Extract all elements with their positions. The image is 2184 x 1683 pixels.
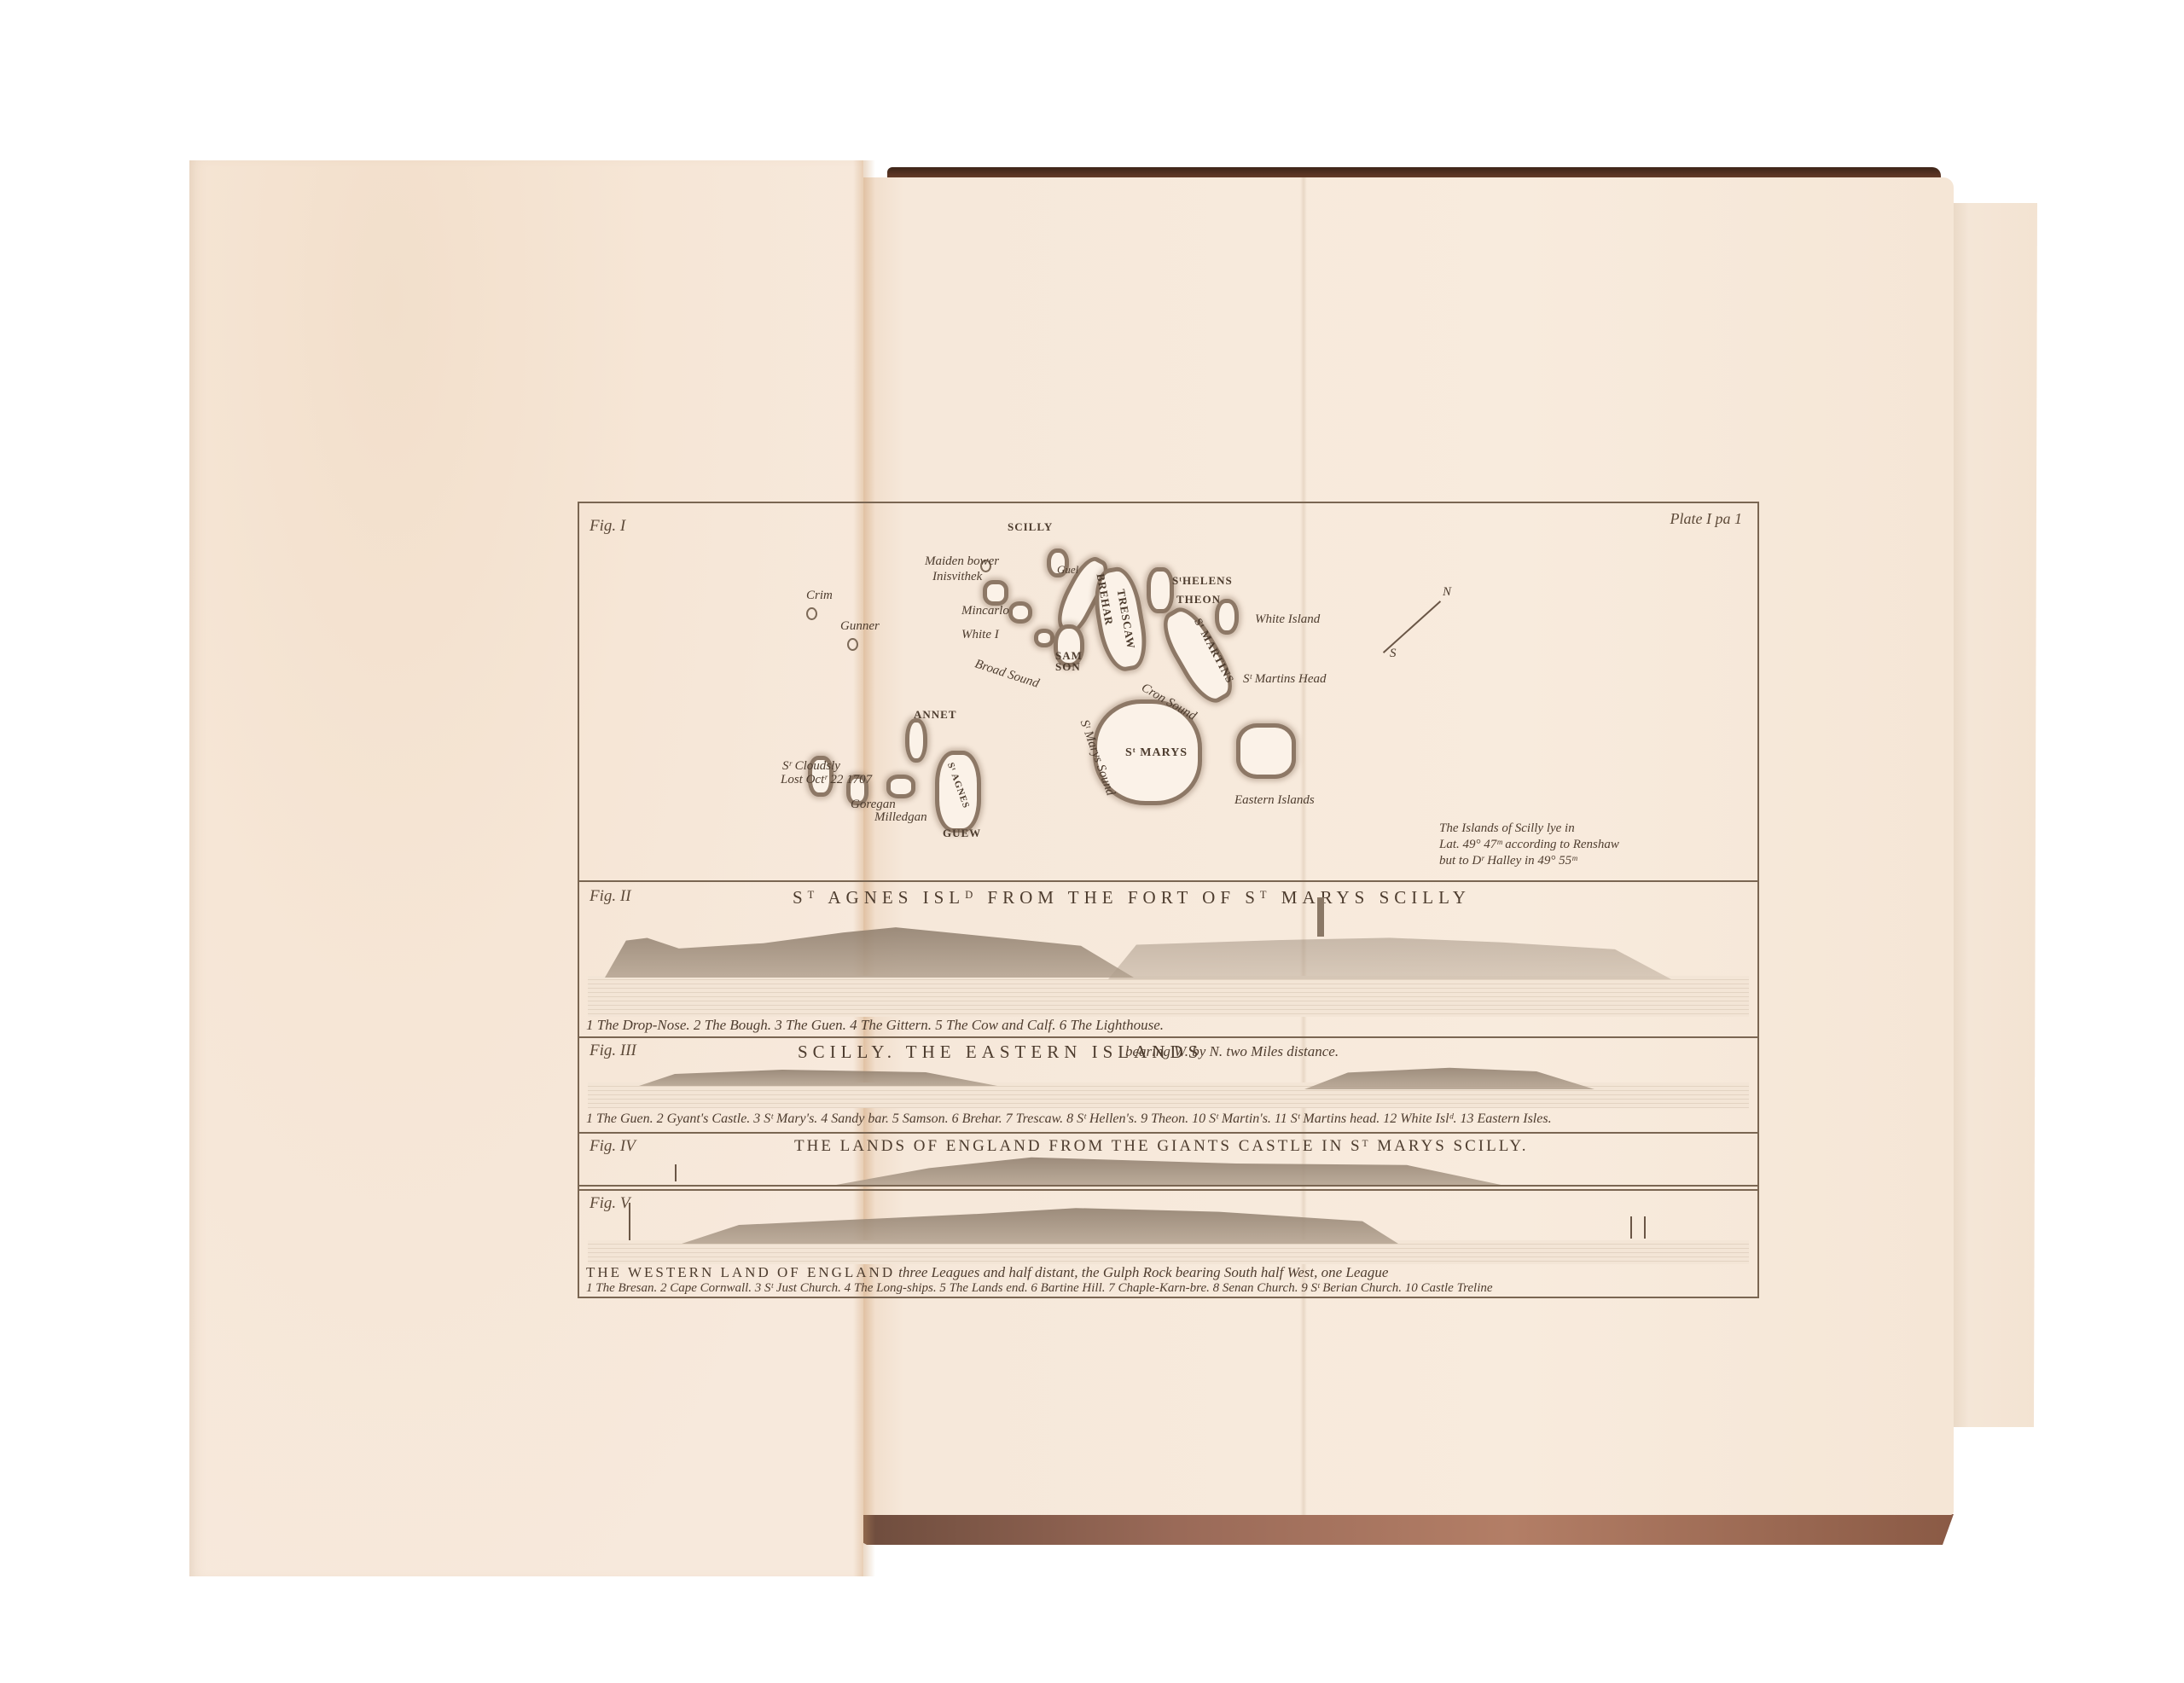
label-lost-date: Lost Octʳ 22 1707 (781, 773, 872, 787)
label-scilly: SCILLY (1008, 520, 1053, 534)
ship-icon (1630, 1216, 1646, 1239)
fig5-title-italic: three Leagues and half distant, the Gulp… (898, 1264, 1388, 1280)
island-milledgan (886, 775, 915, 798)
compass-arrow-icon (1383, 601, 1441, 653)
label-eastern-islands: Eastern Islands (1234, 793, 1315, 808)
label-white-i: White I (961, 628, 999, 642)
latitude-note-line-1: The Islands of Scilly lye in (1439, 821, 1619, 837)
fig4-title: THE LANDS OF ENGLAND FROM THE GIANTS CAS… (794, 1137, 1528, 1156)
latitude-note-line-3: but to Dʳ Halley in 49° 55ᵐ (1439, 853, 1619, 869)
latitude-note-line-2: Lat. 49° 47ᵐ according to Renshaw (1439, 837, 1619, 853)
fig2-title: Sᵀ AGNES ISLᴰ FROM THE FORT OF Sᵀ MARYS … (793, 887, 1471, 908)
fig3-subtitle: bearing W. by N. two Miles distance. (1125, 1043, 1339, 1060)
fig3-label: Fig. III (590, 1042, 636, 1060)
fig4-england-profile (827, 1156, 1509, 1187)
label-annet: ANNET (914, 708, 957, 722)
label-st-cloudsly: Sʳ Cloudsly (782, 759, 840, 774)
fig4-label: Fig. IV (590, 1137, 636, 1156)
label-theon: THEON (1176, 593, 1221, 606)
label-milledgan: Milledgan (874, 810, 927, 825)
label-maiden-bower: Maiden bower (925, 554, 999, 569)
fig2-st-marys-profile (1108, 933, 1671, 979)
fig5-panel: Fig. V THE WESTERN LAND OF ENGLAND three… (579, 1189, 1757, 1300)
island-st-helens (1147, 567, 1174, 613)
folded-leaf-edge (1952, 203, 2037, 1427)
fig2-label: Fig. II (590, 887, 631, 906)
latitude-note: The Islands of Scilly lye in Lat. 49° 47… (1439, 821, 1619, 869)
fig2-st-agnes-profile (605, 925, 1134, 978)
label-gugh: GUEW (943, 827, 981, 840)
label-st-martins-head: Sᵗ Martins Head (1243, 672, 1327, 687)
fig5-sea (588, 1240, 1749, 1264)
label-crim: Crim (806, 589, 833, 603)
fig5-title-caps: THE WESTERN LAND OF ENGLAND (586, 1264, 895, 1280)
island-inisvithek (983, 580, 1008, 606)
rock-gunner (847, 638, 858, 651)
island-mincarlo (1008, 601, 1032, 624)
label-inisvithek: Inisvithek (932, 570, 982, 584)
island-annet (905, 718, 927, 763)
fig2-sea (588, 976, 1749, 1017)
lighthouse-icon (1317, 897, 1324, 937)
label-st-marys: Sᵗ MARYS (1125, 746, 1188, 760)
fig5-western-england-profile (682, 1206, 1398, 1244)
fig5-label: Fig. V (590, 1194, 630, 1213)
label-gunner: Gunner (840, 619, 880, 634)
ship-icon (629, 1203, 639, 1240)
fig2-key: 1 The Drop-Nose. 2 The Bough. 3 The Guen… (586, 1017, 1164, 1034)
plate-number: Plate I pa 1 (1670, 510, 1742, 528)
compass-north-label: N (1443, 585, 1451, 600)
fig3-eastern-profile (1304, 1065, 1594, 1089)
fig3-panel: Fig. III SCILLY. THE EASTERN ISLANDS bea… (579, 1036, 1757, 1134)
label-guel: Guel (1057, 563, 1078, 577)
fig5-key: 1 The Bresan. 2 Cape Cornwall. 3 Sᵗ Just… (586, 1281, 1493, 1296)
fig1-label: Fig. I (590, 517, 625, 536)
label-mincarlo: Mincarlo (961, 604, 1009, 618)
label-white-island: White Island (1255, 612, 1320, 627)
label-samson: SAM SON (1055, 650, 1081, 672)
fig3-key: 1 The Guen. 2 Gyant's Castle. 3 Sᵗ Mary'… (586, 1111, 1552, 1127)
compass-south-label: S (1390, 647, 1397, 661)
label-broad-sound: Broad Sound (973, 657, 1041, 691)
fig1-map: Fig. I Plate I pa 1 SCILLY Maiden bower … (579, 503, 1757, 880)
fig5-title: THE WESTERN LAND OF ENGLAND three League… (586, 1264, 1388, 1281)
island-eastern-islands (1236, 723, 1296, 779)
engraved-plate: Fig. I Plate I pa 1 SCILLY Maiden bower … (578, 502, 1759, 1298)
fig3-st-marys-profile (639, 1069, 997, 1086)
rock-crim (806, 607, 817, 620)
ship-icon (675, 1164, 687, 1181)
fig4-horizon (579, 1185, 1757, 1187)
fig4-panel: Fig. IV THE LANDS OF ENGLAND FROM THE GI… (579, 1132, 1757, 1191)
label-st-helens: SᵗHELENS (1172, 574, 1233, 588)
fig2-panel: Fig. II Sᵀ AGNES ISLᴰ FROM THE FORT OF S… (579, 880, 1757, 1038)
book-binding-bottom-edge (845, 1514, 1954, 1545)
island-white-i (1034, 629, 1054, 647)
